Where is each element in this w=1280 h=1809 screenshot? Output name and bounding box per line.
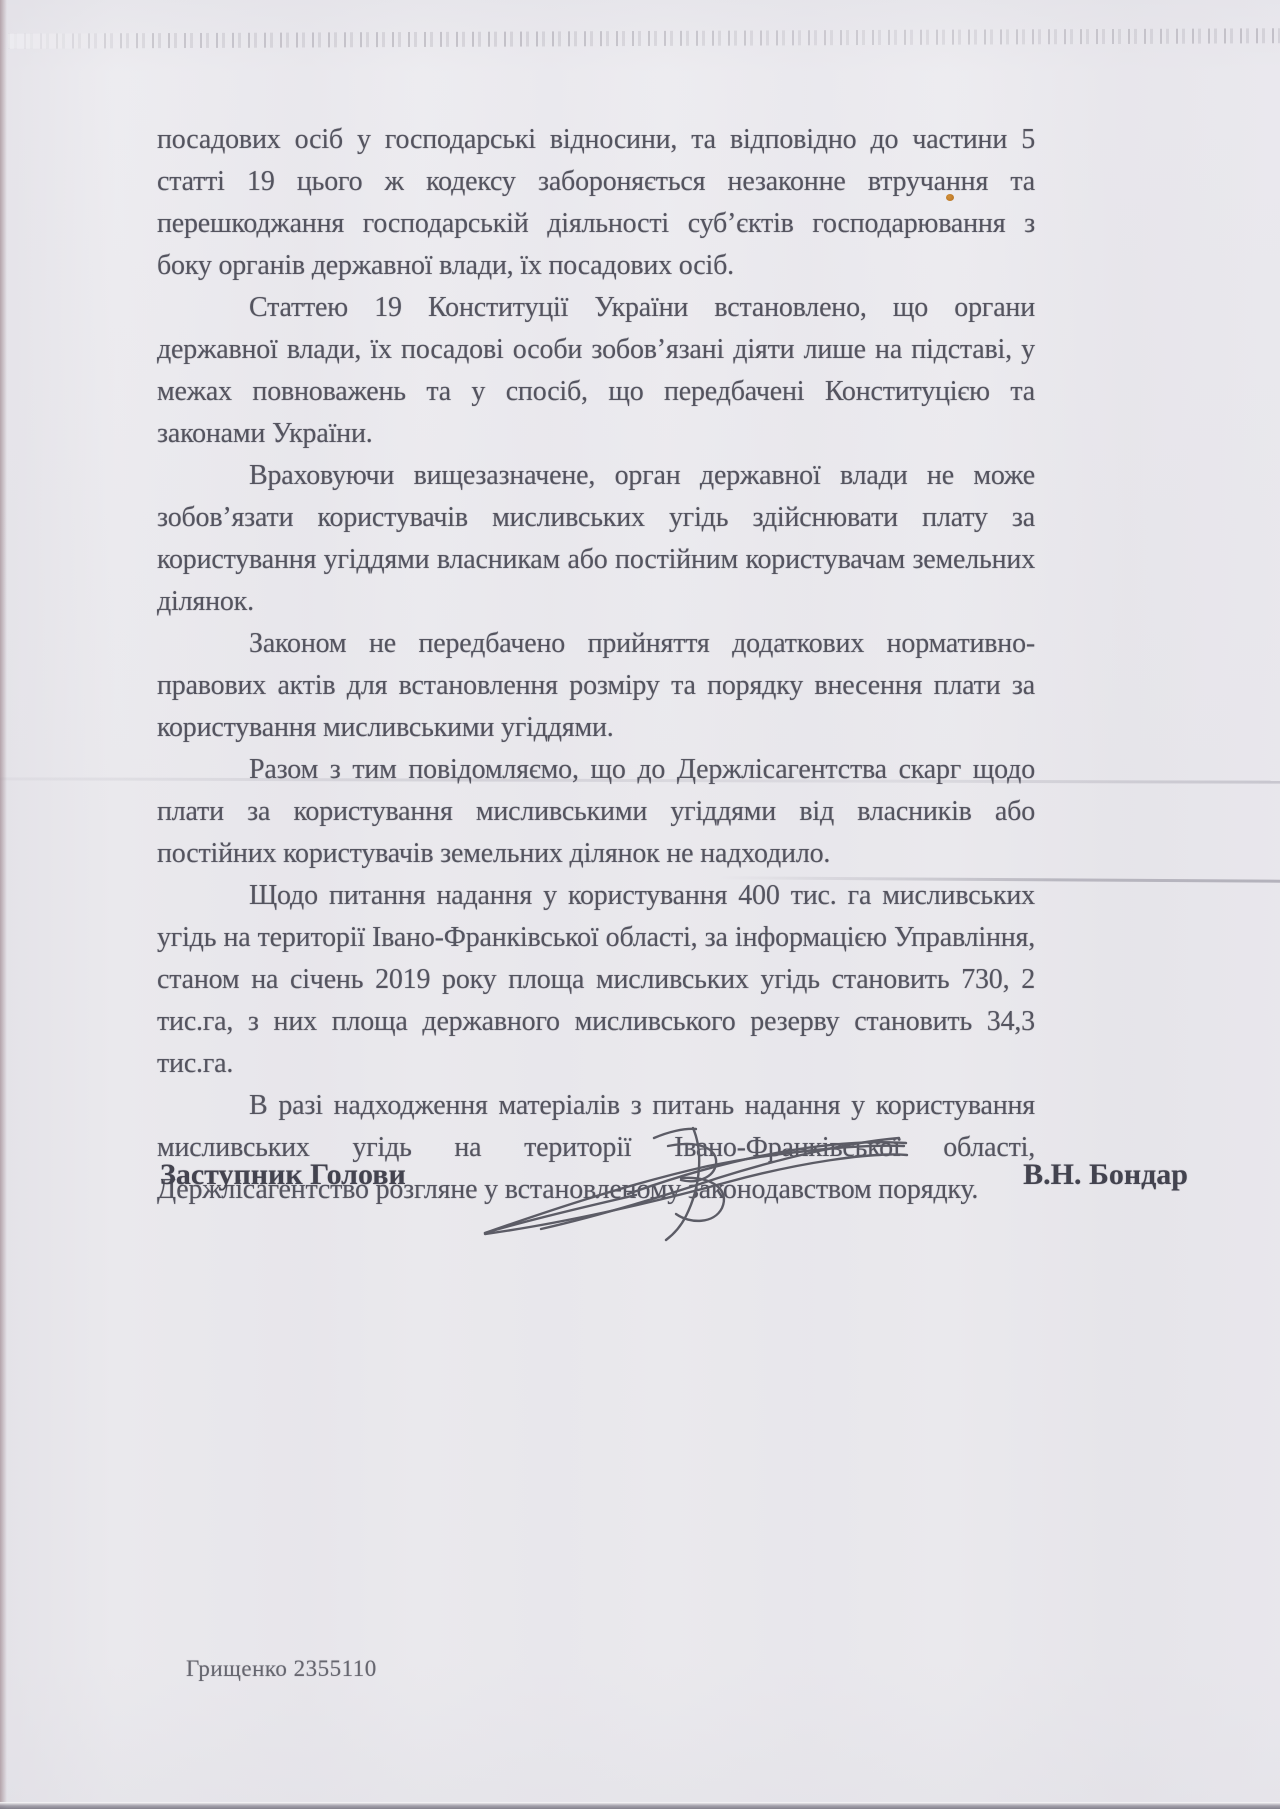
paragraph: Законом не передбачено прийняття додатко…: [157, 623, 1035, 749]
scan-edge-left: [0, 0, 7, 1809]
scanned-letter-page: посадових осіб у господарські відносини,…: [0, 0, 1280, 1809]
paragraph: Статтею 19 Конституції України встановле…: [157, 287, 1035, 455]
handwritten-signature-icon: [398, 1116, 918, 1276]
executor-note: Грищенко 2355110: [186, 1656, 377, 1682]
scan-noise-band: [8, 28, 1280, 49]
paragraph-continuation: посадових осіб у господарські відносини,…: [157, 119, 1035, 287]
paragraph: Разом з тим повідомляємо, що до Держліса…: [157, 749, 1035, 875]
signer-title: Заступник Голови: [160, 1158, 406, 1192]
paragraph: Щодо питання надання у користування 400 …: [157, 875, 1035, 1085]
paragraph: Враховуючи вищезазначене, орган державно…: [157, 455, 1035, 623]
letter-body: посадових осіб у господарські відносини,…: [157, 119, 1035, 1211]
signer-name: В.Н. Бондар: [1023, 1158, 1188, 1192]
scan-edge-bottom: [0, 1802, 1280, 1809]
